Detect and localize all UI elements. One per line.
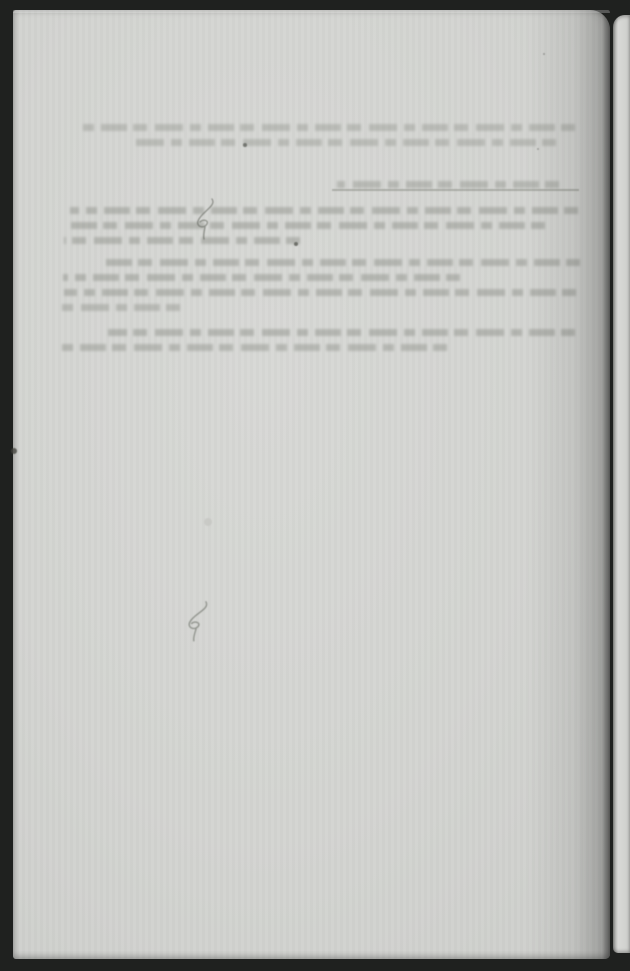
ink-smudge-mark: [180, 597, 214, 644]
showthrough-text-line: [108, 329, 575, 336]
ink-dot: [537, 148, 539, 150]
scanned-page: [13, 10, 610, 959]
ink-dot: [294, 242, 298, 246]
ink-dot: [543, 53, 545, 55]
book-scan: [0, 0, 630, 971]
ink-dot: [243, 143, 247, 147]
showthrough-text-line: [64, 222, 545, 229]
showthrough-heading-underline: [332, 189, 579, 191]
next-page-edge: [613, 15, 630, 953]
showthrough-text-line: [62, 304, 180, 311]
showthrough-text-line: [337, 181, 559, 188]
ink-dot: [11, 448, 17, 454]
showthrough-text-line: [62, 344, 447, 351]
showthrough-text-line: [64, 289, 576, 296]
showthrough-text-line: [64, 237, 300, 244]
ink-smudge-mark: [190, 196, 220, 240]
ink-dot: [204, 518, 212, 526]
showthrough-text-line: [128, 139, 556, 146]
showthrough-text-line: [76, 124, 575, 131]
showthrough-text-line: [106, 259, 580, 266]
showthrough-text-line: [63, 274, 460, 281]
showthrough-text-line: [70, 207, 578, 214]
